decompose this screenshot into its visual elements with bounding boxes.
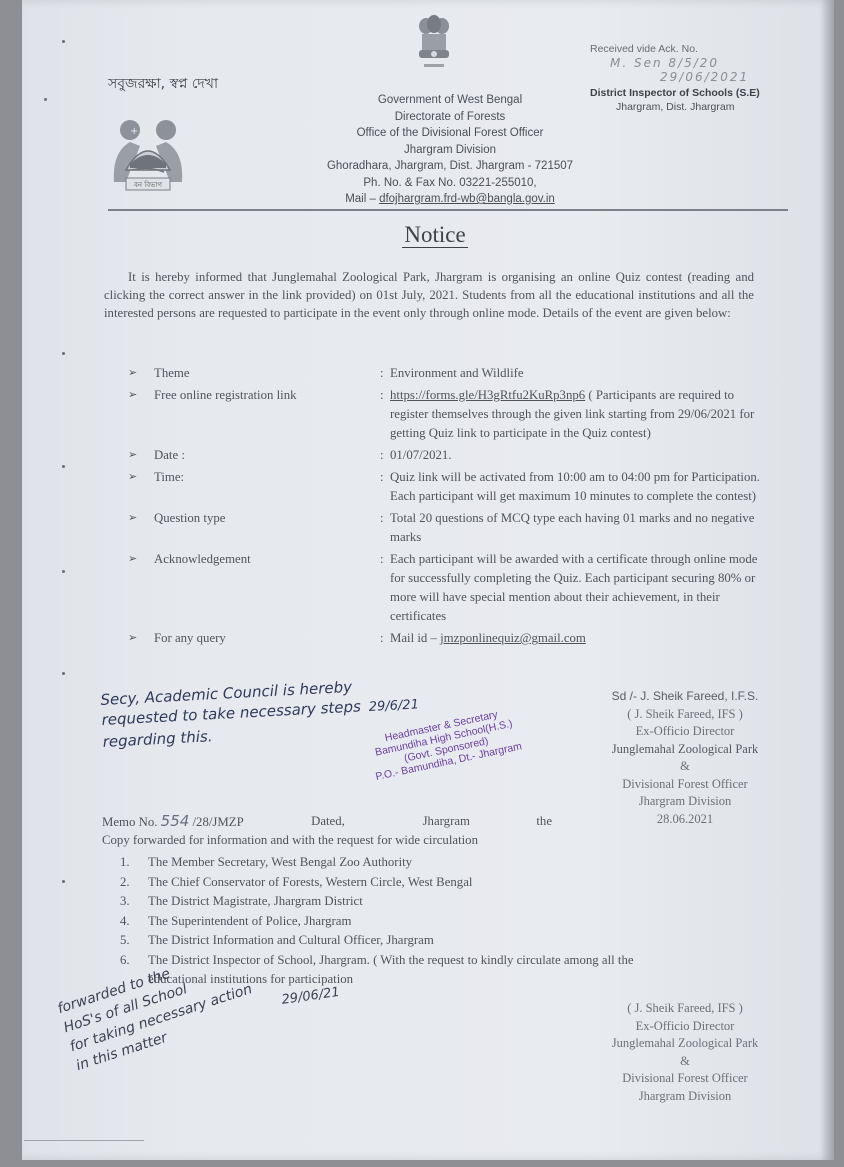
detail-acknowledgement: ➢ Acknowledgement : Each participant wil… (128, 550, 778, 626)
detail-value: Each participant will be awarded with a … (390, 550, 770, 626)
list-text: The Superintendent of Police, Jhargram (148, 912, 660, 932)
arrow-bullet-icon: ➢ (128, 364, 154, 383)
arrow-bullet-icon: ➢ (128, 629, 154, 648)
mail-prefix: Mail – (345, 193, 379, 205)
signature-line: Jhargram Division (590, 793, 780, 811)
detail-registration-link: ➢ Free online registration link : https:… (128, 386, 778, 443)
memo-block: Memo No. 554 /28/JMZP Dated, Jhargram th… (102, 812, 552, 849)
bottom-divider (24, 1140, 144, 1141)
letterhead-mail: Mail – dfojhargram.frd-wb@bangla.gov.in (300, 191, 600, 208)
speck (44, 98, 47, 101)
national-emblem-icon (412, 12, 456, 72)
memo-label: Memo No. (102, 815, 157, 829)
signature-block-memo: ( J. Sheik Fareed, IFS ) Ex-Officio Dire… (590, 1000, 780, 1105)
notice-intro: It is hereby informed that Junglemahal Z… (104, 268, 754, 322)
query-mail-link[interactable]: jmzponlinequiz@gmail.com (440, 631, 586, 645)
list-number: 1. (120, 853, 148, 873)
detail-label: For any query (154, 629, 380, 648)
arrow-bullet-icon: ➢ (128, 386, 154, 443)
colon: : (380, 446, 390, 465)
colon: : (380, 364, 390, 383)
registration-link[interactable]: https://forms.gle/H3gRtfu2KuRp3np6 (390, 388, 585, 402)
detail-question-type: ➢ Question type : Total 20 questions of … (128, 509, 778, 547)
signature-date: 28.06.2021 (590, 811, 780, 829)
list-item: 1.The Member Secretary, West Bengal Zoo … (120, 853, 660, 873)
letterhead-divider (108, 209, 788, 211)
notice-title: Notice (300, 222, 570, 248)
received-stamp-office: District Inspector of Schools (S.E) (590, 86, 790, 100)
detail-date: ➢ Date : : 01/07/2021. (128, 446, 778, 465)
list-text: The District Magistrate, Jhargram Distri… (148, 892, 660, 912)
list-text: The Chief Conservator of Forests, Wester… (148, 873, 660, 893)
letterhead-line: Government of West Bengal (300, 92, 600, 109)
arrow-bullet-icon: ➢ (128, 550, 154, 626)
arrow-bullet-icon: ➢ (128, 509, 154, 547)
list-item: 4.The Superintendent of Police, Jhargram (120, 912, 660, 932)
signature-line: Junglemahal Zoological Park (590, 741, 780, 759)
signature-block-notice: Sd /- J. Sheik Fareed, I.F.S. ( J. Sheik… (590, 688, 780, 828)
detail-label: Date : (154, 446, 380, 465)
speck (62, 352, 65, 355)
colon: : (380, 629, 390, 648)
letterhead-line: Ph. No. & Fax No. 03221-255010, (300, 175, 600, 192)
detail-label: Theme (154, 364, 380, 383)
detail-label: Acknowledgement (154, 550, 380, 626)
received-stamp-place: Jhargram, Dist. Jhargram (590, 100, 790, 114)
signature-line: Divisional Forest Officer (590, 776, 780, 794)
speck (62, 465, 65, 468)
signature-line: ( J. Sheik Fareed, IFS ) (590, 1000, 780, 1018)
svg-text:+: + (130, 126, 138, 137)
detail-value: Total 20 questions of MCQ type each havi… (390, 509, 770, 547)
detail-value: https://forms.gle/H3gRtfu2KuRp3np6 ( Par… (390, 386, 770, 443)
notice-title-text: Notice (402, 222, 467, 248)
colon: : (380, 550, 390, 626)
list-number: 4. (120, 912, 148, 932)
memo-number-handwritten: 554 (161, 812, 190, 830)
signed-by: Sd /- J. Sheik Fareed, I.F.S. (590, 688, 780, 706)
letterhead-line: Ghoradhara, Jhargram, Dist. Jhargram - 7… (300, 158, 600, 175)
detail-query: ➢ For any query : Mail id – jmzponlinequ… (128, 629, 778, 648)
signature-line: ( J. Sheik Fareed, IFS ) (590, 706, 780, 724)
list-number: 3. (120, 892, 148, 912)
svg-text:বন বিভাগ: বন বিভাগ (133, 181, 162, 189)
memo-dated: Dated, (311, 812, 423, 831)
signature-line: Jhargram Division (590, 1088, 780, 1106)
list-item: 3.The District Magistrate, Jhargram Dist… (120, 892, 660, 912)
detail-label: Time: (154, 468, 380, 506)
colon: : (380, 468, 390, 506)
arrow-bullet-icon: ➢ (128, 446, 154, 465)
letterhead-address: Government of West Bengal Directorate of… (300, 92, 600, 208)
signature-line: & (590, 1053, 780, 1071)
detail-theme: ➢ Theme : Environment and Wildlife (128, 364, 778, 383)
list-text: The Member Secretary, West Bengal Zoo Au… (148, 853, 660, 873)
received-handwritten-1: M. Sen 8/5/20 (590, 56, 790, 70)
speck (62, 880, 65, 883)
memo-row: Memo No. 554 /28/JMZP Dated, Jhargram th… (102, 812, 552, 831)
speck (62, 570, 65, 573)
detail-value: Mail id – jmzponlinequiz@gmail.com (390, 629, 770, 648)
speck (62, 672, 65, 675)
memo-the: the (522, 812, 552, 831)
memo-suffix: /28/JMZP (193, 815, 244, 829)
copy-forwarded-text: Copy forwarded for information and with … (102, 831, 552, 849)
letterhead-line: Jhargram Division (300, 142, 600, 159)
event-details: ➢ Theme : Environment and Wildlife ➢ Fre… (128, 364, 778, 651)
colon: : (380, 386, 390, 443)
signature-line: Ex-Officio Director (590, 1018, 780, 1036)
received-handwritten-2: 29/06/2021 (590, 70, 790, 84)
signature-line: Junglemahal Zoological Park (590, 1035, 780, 1053)
arrow-bullet-icon: ➢ (128, 468, 154, 506)
signature-line: Divisional Forest Officer (590, 1070, 780, 1088)
letterhead-line: Directorate of Forests (300, 109, 600, 126)
bengali-slogan: সবুজরক্ষা, স্বপ্ন দেখা (108, 72, 218, 96)
colon: : (380, 509, 390, 547)
received-stamp-line: Received vide Ack. No. (590, 42, 790, 56)
detail-label: Question type (154, 509, 380, 547)
letterhead-line: Office of the Divisional Forest Officer (300, 125, 600, 142)
list-number: 2. (120, 873, 148, 893)
detail-value: 01/07/2021. (390, 446, 770, 465)
memo-number: Memo No. 554 /28/JMZP (102, 812, 311, 831)
list-item: 5.The District Information and Cultural … (120, 931, 660, 951)
received-stamp: Received vide Ack. No. M. Sen 8/5/20 29/… (590, 42, 790, 114)
speck (62, 40, 65, 43)
query-prefix: Mail id – (390, 631, 440, 645)
page-edge-shadow (820, 0, 834, 1160)
memo-place: Jhargram (423, 812, 523, 831)
list-item: 2.The Chief Conservator of Forests, West… (120, 873, 660, 893)
list-number: 5. (120, 931, 148, 951)
detail-value: Environment and Wildlife (390, 364, 770, 383)
signature-line: Ex-Officio Director (590, 723, 780, 741)
forest-department-logo-icon: বন বিভাগ + (106, 112, 190, 196)
mail-link[interactable]: dfojhargram.frd-wb@bangla.gov.in (379, 193, 555, 205)
detail-label: Free online registration link (154, 386, 380, 443)
detail-time: ➢ Time: : Quiz link will be activated fr… (128, 468, 778, 506)
signature-line: & (590, 758, 780, 776)
handwritten-signature-date: 29/6/21 (368, 697, 419, 715)
detail-value: Quiz link will be activated from 10:00 a… (390, 468, 770, 506)
